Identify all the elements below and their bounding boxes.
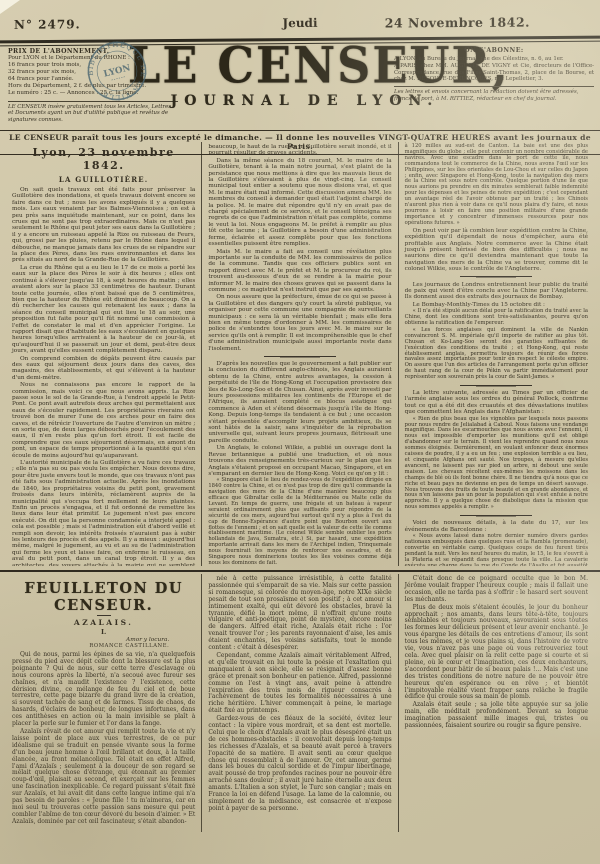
paragraph: beaucoup, le haut de la rue de la Guillo… — [208, 144, 391, 157]
subscribe-box-title: ON S'ABONNE: — [394, 48, 594, 55]
article-divider — [460, 385, 532, 387]
paragraph: A PARIS, chez MM. AUGUSTE DE VIGNY et Ci… — [394, 63, 594, 83]
paragraph: Mais M. le maire a fait au conseil une r… — [208, 249, 391, 294]
paragraph: Azalaïs était seule ; sa jolie tête appu… — [405, 702, 588, 730]
masthead-band: PRIX DE L'ABONNEMENT. Pour LYON et le Dé… — [0, 46, 600, 128]
feuilleton-column-3: C'était donc de ce poignard occulte que … — [399, 574, 594, 832]
feuilleton-column-1-text: Qui de nous, parmi les épines de sa vie,… — [12, 652, 195, 826]
paragraph: D'après les nouvelles que le gouvernemen… — [208, 361, 391, 444]
main-column-2-text: beaucoup, le haut de la rue de la Guillo… — [208, 144, 391, 566]
page-corner-fold — [0, 0, 20, 14]
paragraph: La crue du Rhône qui a eu lieu le 17 de … — [12, 265, 195, 355]
paragraph: Gardez-vous de ces fléaux de la société,… — [208, 716, 391, 813]
quote-paragraph: « Nous avons laissé dans notre dernier n… — [405, 534, 588, 566]
article-divider — [264, 356, 336, 358]
paragraph: Un Anglais, le colonel Wilkie, a publié … — [208, 445, 391, 477]
main-columns: Lyon, 23 novembre 1842. LA GUILLOTIÈRE. … — [6, 142, 594, 566]
feuilleton-column-2-text: née à cette puissance irrésistible, à ce… — [208, 576, 391, 813]
paragraph: La lettre suivante, adressée au Times pa… — [405, 390, 588, 416]
paragraph: Plus de deux mois s'étaient écoulés, le … — [405, 605, 588, 702]
paragraph: Qui de nous, parmi les épines de sa vie,… — [12, 652, 195, 728]
paragraph: Les journaux de Londres entretiennent le… — [405, 282, 588, 301]
feuilleton-separator-rule — [0, 570, 600, 572]
quote-paragraph: « Il n'a été stipulé aucun délai pour la… — [405, 309, 588, 327]
article-title: LA GUILLOTIÈRE. — [12, 175, 195, 184]
dateline: Lyon, 23 novembre 1842. — [12, 146, 195, 172]
paragraph: Voici de nouveaux détails, à la date du … — [405, 520, 588, 533]
main-column-1-text: On sait quels travaux ont été faits pour… — [12, 187, 195, 566]
paragraph: A LYON, au Bureau du Journal, rue des Cé… — [394, 56, 594, 63]
quote-paragraph: à 120 milles au sud-est de Canton. La ba… — [405, 144, 588, 227]
feuilleton-column-3-text: C'était donc de ce poignard occulte que … — [405, 576, 588, 730]
article-divider — [460, 276, 532, 278]
date-label: 24 Novembre 1842. — [385, 15, 530, 31]
paragraph: Nous ne connaissons pas encore le rappor… — [12, 382, 195, 459]
feuilleton-column-2: née à cette puissance irrésistible, à ce… — [202, 574, 397, 832]
main-column-3-text: à 120 milles au sud-est de Canton. La ba… — [405, 144, 588, 566]
stamp-center-text: LYON — [103, 63, 132, 79]
paragraph: C'était donc de ce poignard occulte que … — [405, 576, 588, 604]
paragraph: née à cette puissance irrésistible, à ce… — [208, 576, 391, 652]
paragraph: Dans la même séance du 18 courant, M. le… — [208, 158, 391, 248]
paragraph: Cependant, comme Azalaïs aimait véritabl… — [208, 653, 391, 715]
main-column-1: Lyon, 23 novembre 1842. LA GUILLOTIÈRE. … — [6, 142, 201, 566]
paragraph: L'autorité municipale de la Guillotière … — [12, 460, 195, 566]
feuilleton-epigraph: Amor y locura. ROMANCE CASTILLANE. — [12, 637, 195, 649]
main-column-3: à 120 milles au sud-est de Canton. La ba… — [399, 142, 594, 566]
article-divider — [460, 515, 532, 517]
subscribe-box: ON S'ABONNE: A LYON, au Bureau du Journa… — [394, 48, 594, 102]
quote-paragraph: « Rien de plus beau que les vignobles pa… — [405, 417, 588, 512]
subscribe-box-note: Les lettres et envois concernant la réda… — [394, 86, 594, 102]
feuilleton-title: AZALAIS. — [12, 618, 195, 627]
feuilleton-heading: FEUILLETON DU CENSEUR. — [12, 580, 195, 614]
paragraph: Azalaïs rêvait de cet amour qui remplit … — [12, 729, 195, 826]
paragraph: On nous assure que la préfecture, émue d… — [208, 294, 391, 352]
paragraph: On sait quels travaux ont été faits pour… — [12, 187, 195, 264]
quote-paragraph: « Les forces anglaises qui dominent la v… — [405, 328, 588, 381]
epigraph-source: ROMANCE CASTILLANE. — [12, 643, 169, 649]
quote-paragraph: « Singapore était le lieu de rendez-vous… — [208, 478, 391, 566]
newspaper-page: N° 2479. Jeudi 24 Novembre 1842. PRIX DE… — [0, 0, 600, 864]
feuilleton-dash-rule — [97, 615, 111, 616]
paragraph: On peut voir par là combien leur expédit… — [405, 228, 588, 273]
feuilleton-section: FEUILLETON DU CENSEUR. AZALAIS. I. Amor … — [6, 574, 594, 832]
page-header: N° 2479. Jeudi 24 Novembre 1842. — [0, 14, 600, 36]
feuilleton-chapter-number: I. — [12, 628, 195, 636]
main-column-2: beaucoup, le haut de la rue de la Guillo… — [202, 142, 397, 566]
subscribe-box-lines: A LYON, au Bureau du Journal, rue des Cé… — [394, 56, 594, 83]
paragraph: On comprend combien de dégâts peuvent êt… — [12, 356, 195, 382]
feuilleton-column-1: FEUILLETON DU CENSEUR. AZALAIS. I. Amor … — [6, 574, 201, 832]
